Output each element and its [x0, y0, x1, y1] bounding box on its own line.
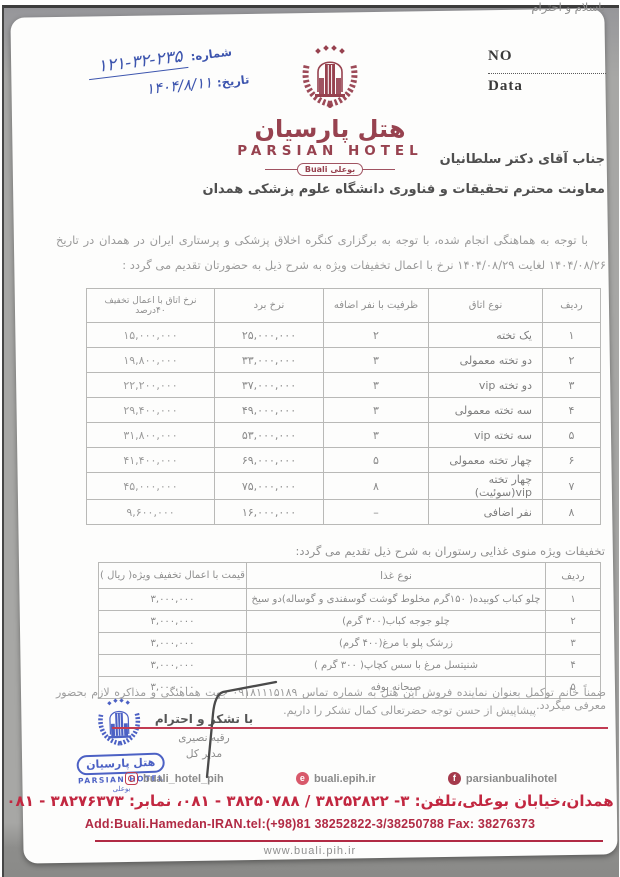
- table-cell: ۹,۶۰۰,۰۰۰: [87, 500, 215, 525]
- table-cell: ۳: [324, 398, 429, 423]
- table-cell: ۳,۰۰۰,۰۰۰: [99, 589, 247, 611]
- table-cell: ۱: [546, 589, 601, 611]
- branch-badge: بوعلی Buali: [265, 163, 395, 176]
- table-cell: ۲: [543, 348, 601, 373]
- table-cell: –: [324, 500, 429, 525]
- letter-body: با توجه به هماهنگی انجام شده، با توجه به…: [56, 228, 606, 278]
- table-row: ۴سه تخته معمولی۳۴۹,۰۰۰,۰۰۰۲۹,۴۰۰,۰۰۰: [87, 398, 601, 423]
- table-cell: دو تخته vip: [429, 373, 543, 398]
- table-row: ۱یک تخته۲۲۵,۰۰۰,۰۰۰۱۵,۰۰۰,۰۰۰: [87, 323, 601, 348]
- social-row: buali_hotel_pih e buali.epih.ir f parsia…: [125, 772, 557, 785]
- table-cell: ۳۳,۰۰۰,۰۰۰: [215, 348, 324, 373]
- table-cell: سه تخته vip: [429, 423, 543, 448]
- scanned-letter-page: شماره: ۲۳۵-۳۲-۱۲۱ تاریخ: ۱۴۰۴/۸/۱۱: [0, 0, 620, 877]
- table-cell: ۲: [546, 611, 601, 633]
- date-label: Data: [488, 78, 606, 95]
- column-header: ردیف: [543, 289, 601, 323]
- hotel-emblem-icon: [295, 42, 365, 110]
- table-cell: ۲۲,۲۰۰,۰۰۰: [87, 373, 215, 398]
- column-header: نرخ برد: [215, 289, 324, 323]
- table-cell: ۳: [324, 423, 429, 448]
- facebook-item: f parsianbualihotel: [448, 772, 557, 785]
- instagram-icon: [125, 772, 138, 785]
- table-cell: ۲: [324, 323, 429, 348]
- table-cell: ۳,۰۰۰,۰۰۰: [99, 655, 247, 677]
- table-cell: ۳,۰۰۰,۰۰۰: [99, 611, 247, 633]
- table-cell: ۳۱,۸۰۰,۰۰۰: [87, 423, 215, 448]
- table-cell: ۳: [324, 373, 429, 398]
- table-cell: ۲۵,۰۰۰,۰۰۰: [215, 323, 324, 348]
- table-cell: ۳۷,۰۰۰,۰۰۰: [215, 373, 324, 398]
- table-row: ۲دو تخته معمولی۳۳۳,۰۰۰,۰۰۰۱۹,۸۰۰,۰۰۰: [87, 348, 601, 373]
- table-cell: ۱: [543, 323, 601, 348]
- website-url: www.buali.pih.ir: [0, 845, 620, 857]
- table-cell: ۶: [543, 448, 601, 473]
- website-item: e buali.epih.ir: [296, 772, 376, 785]
- menu-table-body: ۱چلو کباب کوبیده( ۱۵۰گرم مخلوط گوشت گوسف…: [99, 589, 601, 699]
- table-row: ۵سه تخته vip۳۵۳,۰۰۰,۰۰۰۳۱,۸۰۰,۰۰۰: [87, 423, 601, 448]
- closing-line-2: پیشاپیش از حسن توجه حضرتعالی کمال تشکر ر…: [283, 704, 536, 717]
- table-cell: یک تخته: [429, 323, 543, 348]
- table-cell: ۱۹,۸۰۰,۰۰۰: [87, 348, 215, 373]
- table-cell: ۵۳,۰۰۰,۰۰۰: [215, 423, 324, 448]
- table-cell: ۲۹,۴۰۰,۰۰۰: [87, 398, 215, 423]
- menu-prices-table: ردیفنوع غذاقیمت با اعمال تخفیف ویژه( ریا…: [98, 562, 601, 699]
- table-row: ۴شنیتسل مرغ با سس کچاپ( ۳۰۰ گرم )۳,۰۰۰,۰…: [99, 655, 601, 677]
- no-date-block: NO Data: [488, 48, 606, 95]
- table-cell: چهار تخته معمولی: [429, 448, 543, 473]
- table-cell: شنیتسل مرغ با سس کچاپ( ۳۰۰ گرم ): [247, 655, 546, 677]
- footer-bottom-rule: [95, 840, 603, 842]
- facebook-icon: f: [448, 772, 461, 785]
- table-cell: چلو جوجه کباب(۳۰۰ گرم): [247, 611, 546, 633]
- table-cell: ۸: [543, 500, 601, 525]
- recipient-title: معاونت محترم تحقیقات و فناوری دانشگاه عل…: [203, 182, 606, 197]
- table-cell: ۳: [543, 373, 601, 398]
- table-cell: ۷: [543, 473, 601, 500]
- table-cell: نفر اضافی: [429, 500, 543, 525]
- recipient-name: جناب آقای دکتر سلطانیان: [440, 152, 605, 167]
- table-cell: ۴۱,۴۰۰,۰۰۰: [87, 448, 215, 473]
- table-cell: چلو کباب کوبیده( ۱۵۰گرم مخلوط گوشت گوسفن…: [247, 589, 546, 611]
- web-icon: e: [296, 772, 309, 785]
- table-cell: ۶۹,۰۰۰,۰۰۰: [215, 448, 324, 473]
- table-cell: ۷۵,۰۰۰,۰۰۰: [215, 473, 324, 500]
- hotel-name-persian: هتل پارسیان: [230, 116, 430, 142]
- table-cell: دو تخته معمولی: [429, 348, 543, 373]
- address-english: Add:Buali.Hamedan-IRAN.tel:(+98)81 38252…: [0, 817, 620, 831]
- instagram-item: buali_hotel_pih: [125, 772, 224, 785]
- facebook-handle: parsianbualihotel: [466, 773, 557, 785]
- address-persian: همدان،خیابان بوعلی،تلفن: ۳- ۳۸۲۵۲۸۲۲ / ۳…: [0, 792, 620, 810]
- menu-table-header-row: ردیفنوع غذاقیمت با اعمال تخفیف ویژه( ریا…: [99, 563, 601, 589]
- room-rates-table: ردیفنوع اتاقظرفیت با نفر اضافهنرخ بردنرخ…: [86, 288, 601, 525]
- hotel-name-latin: PARSIAN HOTEL: [230, 143, 430, 159]
- table-cell: ۴: [543, 398, 601, 423]
- reference-number-label: شماره:: [190, 45, 233, 64]
- footer-top-rule: [112, 727, 608, 729]
- table-cell: ۳: [546, 633, 601, 655]
- table-cell: ۴۵,۰۰۰,۰۰۰: [87, 473, 215, 500]
- table-cell: ۱۶,۰۰۰,۰۰۰: [215, 500, 324, 525]
- table-row: ۳زرشک پلو با مرغ(۴۰۰ گرم)۳,۰۰۰,۰۰۰: [99, 633, 601, 655]
- table-cell: ۱۵,۰۰۰,۰۰۰: [87, 323, 215, 348]
- salutation: باسلام و احترام: [531, 0, 605, 14]
- table-cell: ۸: [324, 473, 429, 500]
- website-short: buali.epih.ir: [314, 773, 376, 785]
- hotel-logo: هتل پارسیان PARSIAN HOTEL بوعلی Buali: [230, 42, 430, 176]
- table-row: ۶چهار تخته معمولی۵۶۹,۰۰۰,۰۰۰۴۱,۴۰۰,۰۰۰: [87, 448, 601, 473]
- badge-line-left: [265, 169, 297, 170]
- column-header: نرخ اتاق با اعمال تخفیف ۴۰درصد: [87, 289, 215, 323]
- no-fill-line: [488, 65, 606, 74]
- branch-name: بوعلی Buali: [297, 163, 363, 176]
- table-cell: ۵: [324, 448, 429, 473]
- table-cell: ۴: [546, 655, 601, 677]
- column-header: ظرفیت با نفر اضافه: [324, 289, 429, 323]
- table-cell: سه تخته معمولی: [429, 398, 543, 423]
- column-header: ردیف: [546, 563, 601, 589]
- instagram-handle: buali_hotel_pih: [143, 773, 224, 785]
- table-row: ۱چلو کباب کوبیده( ۱۵۰گرم مخلوط گوشت گوسف…: [99, 589, 601, 611]
- menu-intro: تخفیفات ویژه منوی غذایی رستوران به شرح ذ…: [295, 544, 605, 558]
- table-row: ۳دو تخته vip۳۳۷,۰۰۰,۰۰۰۲۲,۲۰۰,۰۰۰: [87, 373, 601, 398]
- badge-line-right: [363, 169, 395, 170]
- no-label: NO: [488, 48, 606, 65]
- table-row: ۲چلو جوجه کباب(۳۰۰ گرم)۳,۰۰۰,۰۰۰: [99, 611, 601, 633]
- table-row: ۷چهار تخته vip(سوئیت)۸۷۵,۰۰۰,۰۰۰۴۵,۰۰۰,۰…: [87, 473, 601, 500]
- stamp-emblem-icon: [91, 695, 147, 749]
- table-cell: چهار تخته vip(سوئیت): [429, 473, 543, 500]
- column-header: نوع اتاق: [429, 289, 543, 323]
- column-header: نوع غذا: [247, 563, 546, 589]
- table-cell: ۳,۰۰۰,۰۰۰: [99, 633, 247, 655]
- table-cell: زرشک پلو با مرغ(۴۰۰ گرم): [247, 633, 546, 655]
- column-header: قیمت با اعمال تخفیف ویژه( ریال ): [99, 563, 247, 589]
- table-row: ۸نفر اضافی–۱۶,۰۰۰,۰۰۰۹,۶۰۰,۰۰۰: [87, 500, 601, 525]
- table-cell: ۵: [543, 423, 601, 448]
- room-table-body: ۱یک تخته۲۲۵,۰۰۰,۰۰۰۱۵,۰۰۰,۰۰۰۲دو تخته مع…: [87, 323, 601, 525]
- table-cell: ۴۹,۰۰۰,۰۰۰: [215, 398, 324, 423]
- room-table-header-row: ردیفنوع اتاقظرفیت با نفر اضافهنرخ بردنرخ…: [87, 289, 601, 323]
- table-cell: ۳: [324, 348, 429, 373]
